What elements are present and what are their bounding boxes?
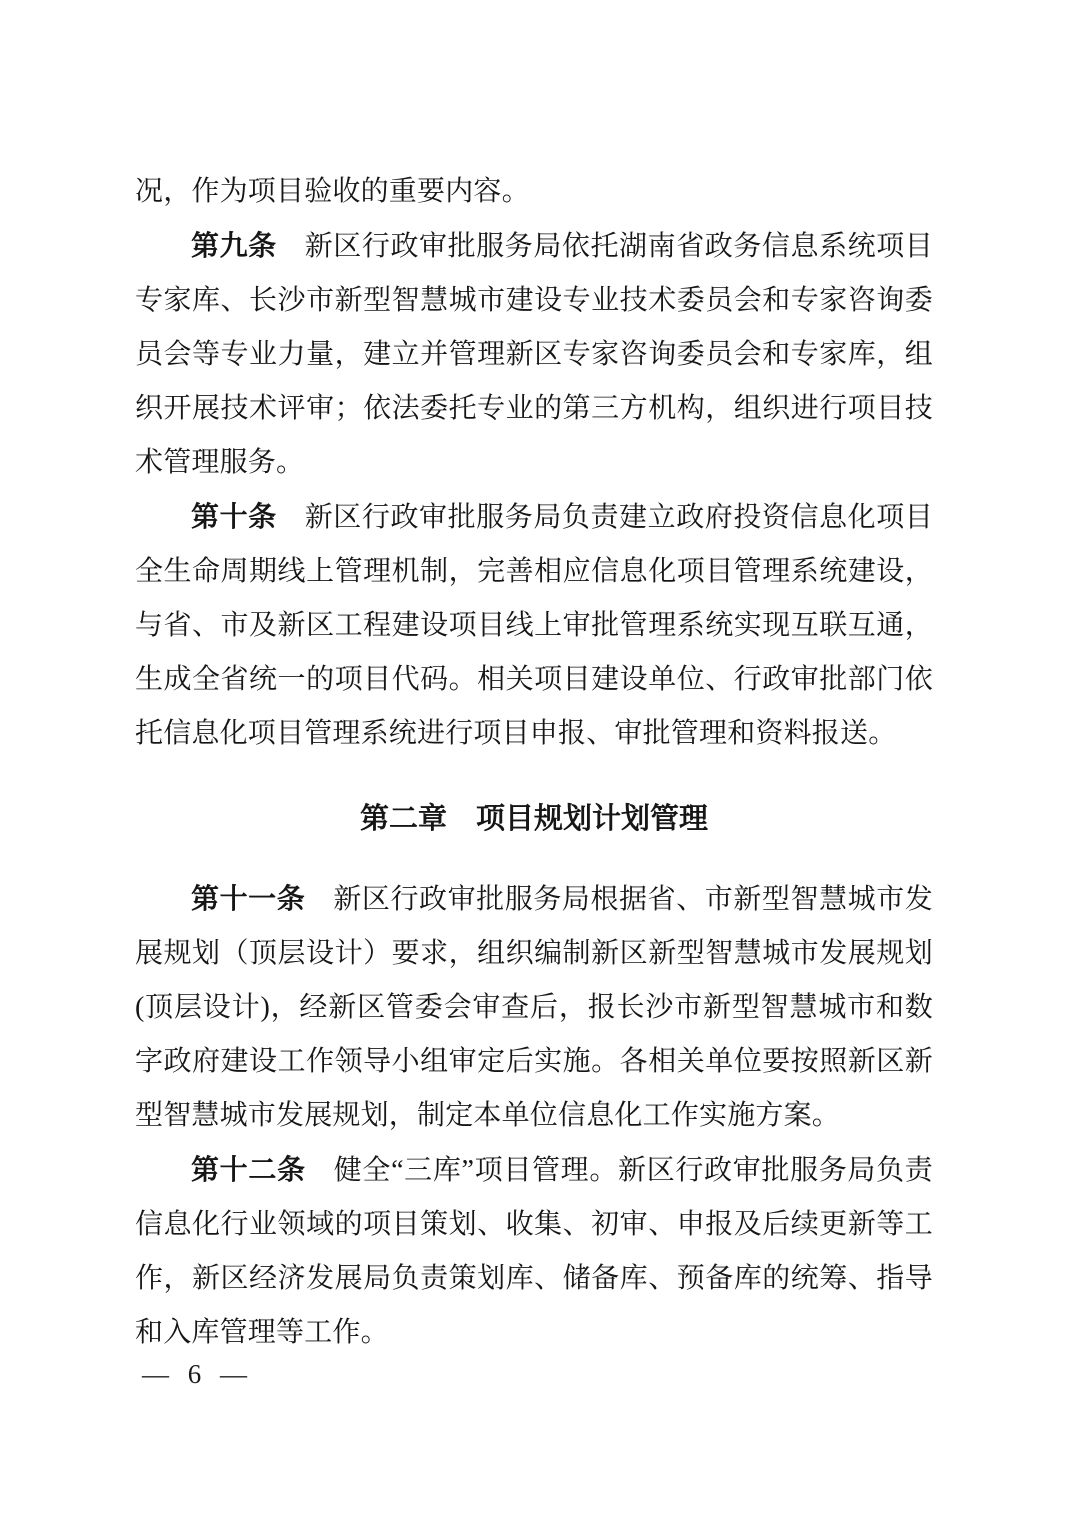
document-page: 况，作为项目验收的重要内容。 第九条新区行政审批服务局依托湖南省政务信息系统项目… (0, 0, 1074, 1520)
paragraph-text: 况，作为项目验收的重要内容。 (135, 176, 530, 207)
article-number-label: 第十二条 (191, 1154, 306, 1185)
continuation-paragraph: 况，作为项目验收的重要内容。 (135, 165, 933, 219)
page-number: — 6 — (142, 1356, 247, 1392)
document-body: 况，作为项目验收的重要内容。 第九条新区行政审批服务局依托湖南省政务信息系统项目… (135, 165, 933, 1360)
paragraph-text: 新区行政审批服务局依托湖南省政务信息系统项目专家库、长沙市新型智慧城市建设专业技… (135, 231, 933, 478)
paragraph-text: 新区行政审批服务局负责建立政府投资信息化项目全生命周期线上管理机制，完善相应信息… (135, 502, 933, 749)
article-number-label: 第九条 (191, 230, 277, 261)
chapter-heading: 第二章项目规划计划管理 (135, 792, 933, 846)
article-number-label: 第十一条 (191, 883, 305, 914)
article-paragraph-12: 第十二条健全“三库”项目管理。新区行政审批服务局负责信息化行业领域的项目策划、收… (135, 1143, 933, 1360)
article-paragraph-10: 第十条新区行政审批服务局负责建立政府投资信息化项目全生命周期线上管理机制，完善相… (135, 490, 933, 761)
chapter-number: 第二章 (360, 803, 447, 835)
paragraph-text: 新区行政审批服务局根据省、市新型智慧城市发展规划（顶层设计）要求，组织编制新区新… (135, 884, 933, 1131)
article-number-label: 第十条 (191, 501, 277, 532)
article-paragraph-9: 第九条新区行政审批服务局依托湖南省政务信息系统项目专家库、长沙市新型智慧城市建设… (135, 219, 933, 490)
chapter-title: 项目规划计划管理 (476, 803, 708, 835)
article-paragraph-11: 第十一条新区行政审批服务局根据省、市新型智慧城市发展规划（顶层设计）要求，组织编… (135, 872, 933, 1143)
